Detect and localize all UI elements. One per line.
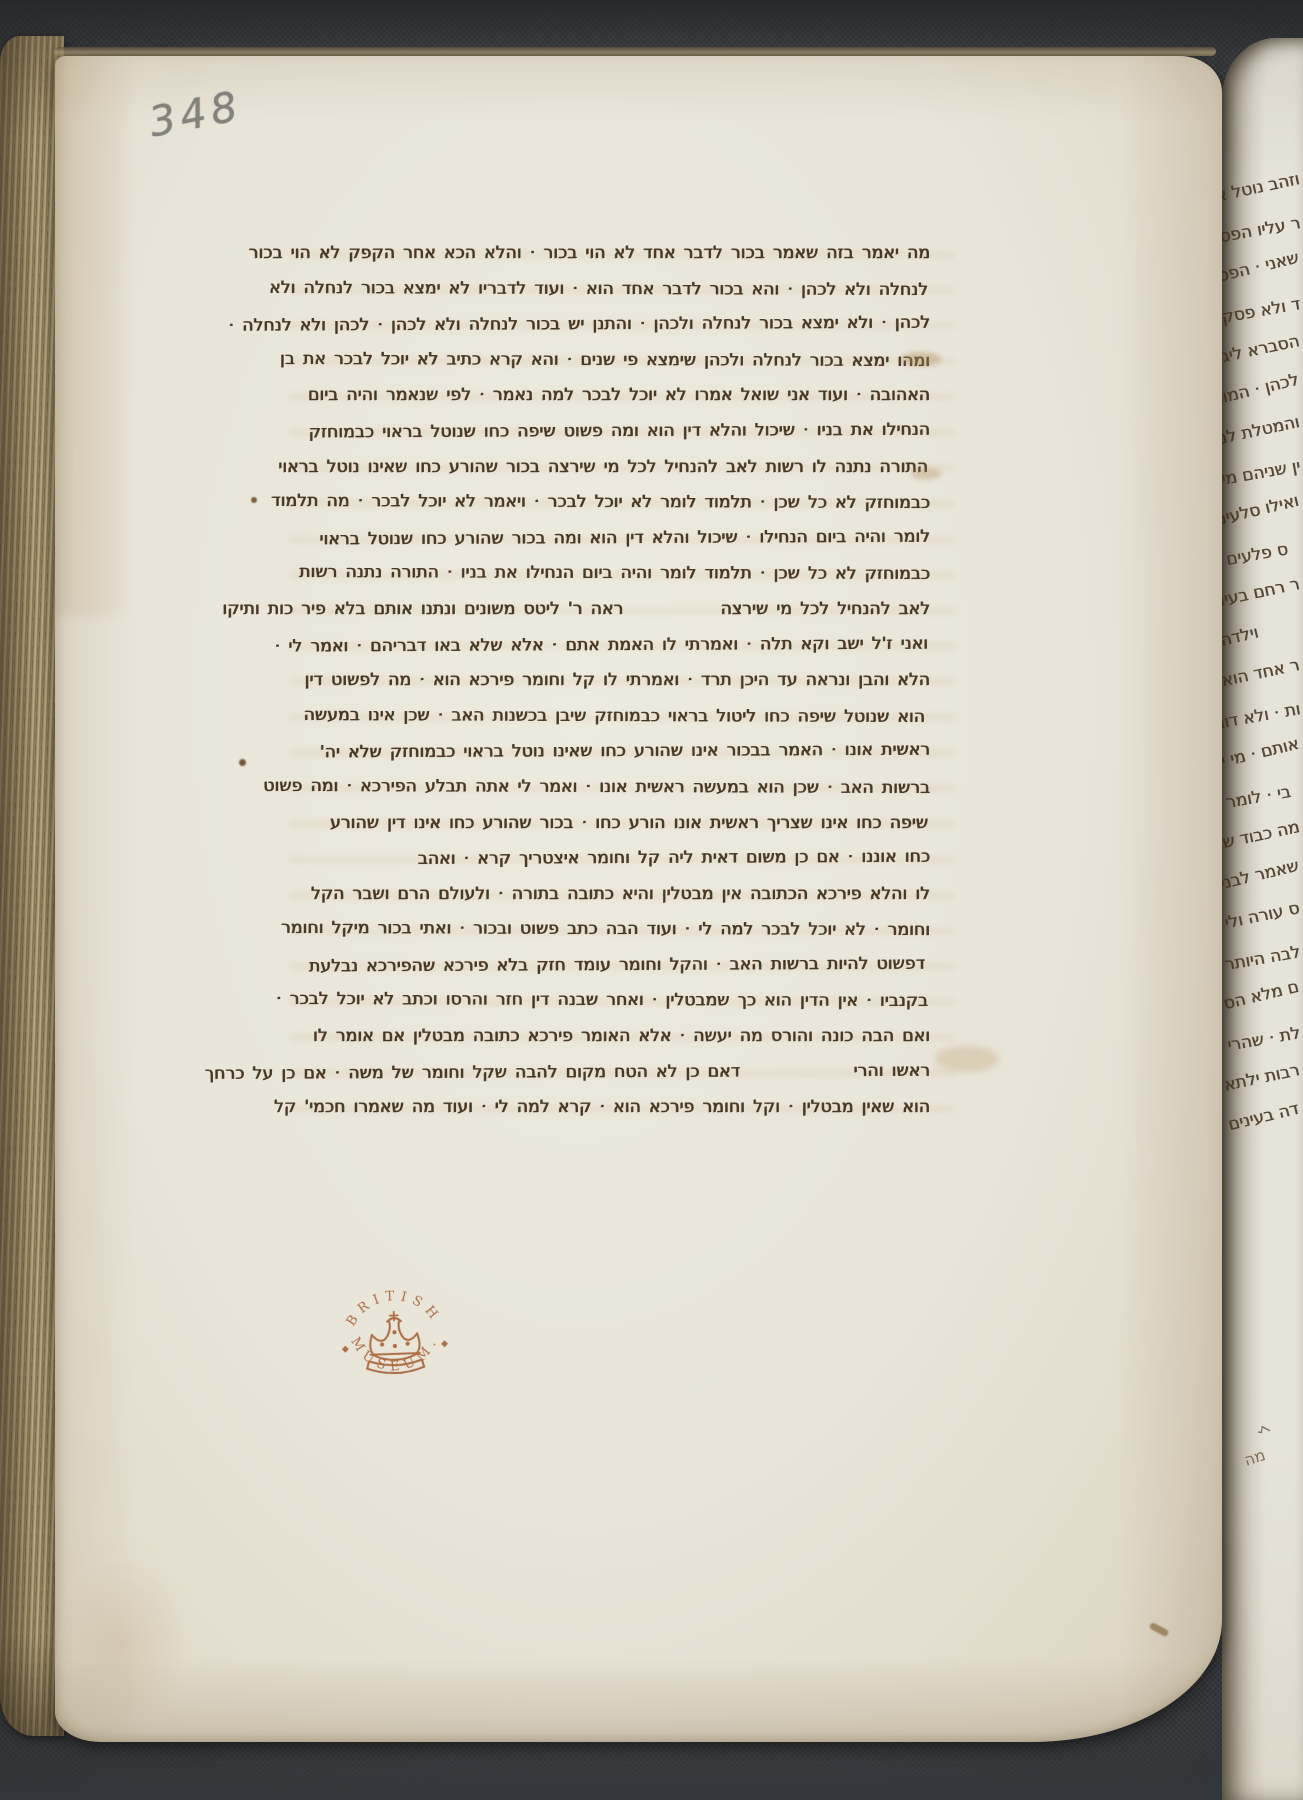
- quire-mark: ל: [1255, 1424, 1275, 1435]
- manuscript-text-line: ואם הבה כונה והורס מה יעשה · אלא האומר פ…: [314, 1019, 930, 1055]
- leaf-top-edge: [54, 47, 1216, 56]
- manuscript-text-line: לנחלה ולא לכהן · והא בכור לדבר אחד הוא ·…: [314, 271, 928, 309]
- manuscript-text-line: לאב להנחיל לכל מי שירצה ראה ר' ליטס משונ…: [314, 592, 930, 628]
- manuscript-page: 348 מה יאמר בזה שאמר בכור לדבר אחד לא הו…: [55, 56, 1222, 1742]
- facing-page-text: וזהב נוטל אלר עליו הפסקשאני · הפסקד ולא …: [1222, 38, 1303, 1157]
- manuscript-text-line: הוא שנוטל שיפה כחו ליטול בראוי כבמוחזק ש…: [314, 698, 925, 736]
- manuscript-text-line: הוא שאין מבטלין · וקל וחומר פירכא הוא · …: [314, 1090, 930, 1126]
- manuscript-text-line: מה יאמר בזה שאמר בכור לדבר אחד לא הוי בכ…: [314, 236, 930, 272]
- manuscript-text-line: האהובה · ועוד אני שואל אמרו לא יוכל לבכר…: [314, 378, 930, 414]
- manuscript-text-line: בקנביו · אין הדין הוא כך שמבטלין · ואחר …: [314, 983, 928, 1021]
- foxing-spot: [1149, 1622, 1170, 1638]
- stamp-dot-left: [342, 1346, 349, 1353]
- manuscript-text-line: התורה נתנה לו רשות לאב להנחיל לכל מי שיר…: [314, 450, 928, 486]
- foxing-spot: [251, 497, 257, 503]
- manuscript-text-line: כבמוחזק לא כל שכן · תלמוד לומר והיה ביום…: [314, 555, 930, 593]
- facing-page-edge: וזהב נוטל אלר עליו הפסקשאני · הפסקד ולא …: [1222, 38, 1303, 1800]
- foxing-spot: [911, 468, 941, 480]
- foxing-spot: [935, 1046, 999, 1072]
- manuscript-text-line: ואני ז'ל ישב וקא תלה · ואמרתי לו האמת את…: [314, 626, 928, 664]
- manuscript-text-line: ראשית אונו · האמר בבכור אינו שהורע כחו ש…: [314, 733, 930, 771]
- quire-mark: מה: [1242, 1445, 1268, 1470]
- manuscript-text-line: הלא והבן ונראה עד היכן תרד · ואמרתי לו ק…: [314, 663, 930, 699]
- manuscript-photograph: וזהב נוטל אלר עליו הפסקשאני · הפסקד ולא …: [0, 0, 1303, 1800]
- hebrew-text-block: מה יאמר בזה שאמר בכור לדבר אחד לא הוי בכ…: [314, 236, 930, 1126]
- manuscript-text-line: לומר והיה ביום הנחילו · שיכול והלא דין ה…: [314, 519, 930, 557]
- british-museum-stamp: BRITISH MUSEUM.: [334, 1287, 456, 1409]
- manuscript-text-line: ראשו והרי דאם כן לא הטח מקום להבה שקל וח…: [314, 1053, 930, 1091]
- edge-stain: [55, 56, 135, 616]
- manuscript-text-line: דפשוט להיות ברשות האב · והקל וחומר עומד …: [314, 947, 925, 985]
- manuscript-text-line: לכהן · ולא ימצא בכור לנחלה ולכהן · והתנן…: [314, 306, 930, 344]
- manuscript-text-line: הנחילו את בניו · שיכול והלא דין הוא ומה …: [314, 413, 930, 451]
- manuscript-text-line: כבמוחזק לא כל שכן · תלמוד לומר לא יוכל ל…: [314, 484, 930, 522]
- manuscript-text-line: כחו אוננו · אם כן משום דאית ליה קל וחומר…: [314, 840, 930, 878]
- foxing-spot: [901, 352, 941, 366]
- manuscript-text-line: וחומר · לא יוכל לבכר למה לי · ועוד הבה כ…: [314, 911, 930, 949]
- manuscript-text-line: ומהו ימצא בכור לנחלה ולכהן שימצא פי שנים…: [314, 342, 930, 380]
- foxing-spot: [239, 759, 246, 766]
- edge-stain: [57, 1556, 187, 1736]
- manuscript-text-line: ברשות האב · שכן הוא במעשה ראשית אונו · ו…: [314, 769, 930, 807]
- manuscript-text-line: שיפה כחו אינו שצריך ראשית אונו הורע כחו …: [314, 806, 928, 842]
- manuscript-text-line: לו והלא פירכא הכתובה אין מבטלין והיא כתו…: [314, 877, 930, 913]
- stamp-top-text: BRITISH: [343, 1287, 445, 1329]
- folio-number-pencil: 348: [145, 82, 246, 147]
- stamp-dot-right: [441, 1340, 448, 1347]
